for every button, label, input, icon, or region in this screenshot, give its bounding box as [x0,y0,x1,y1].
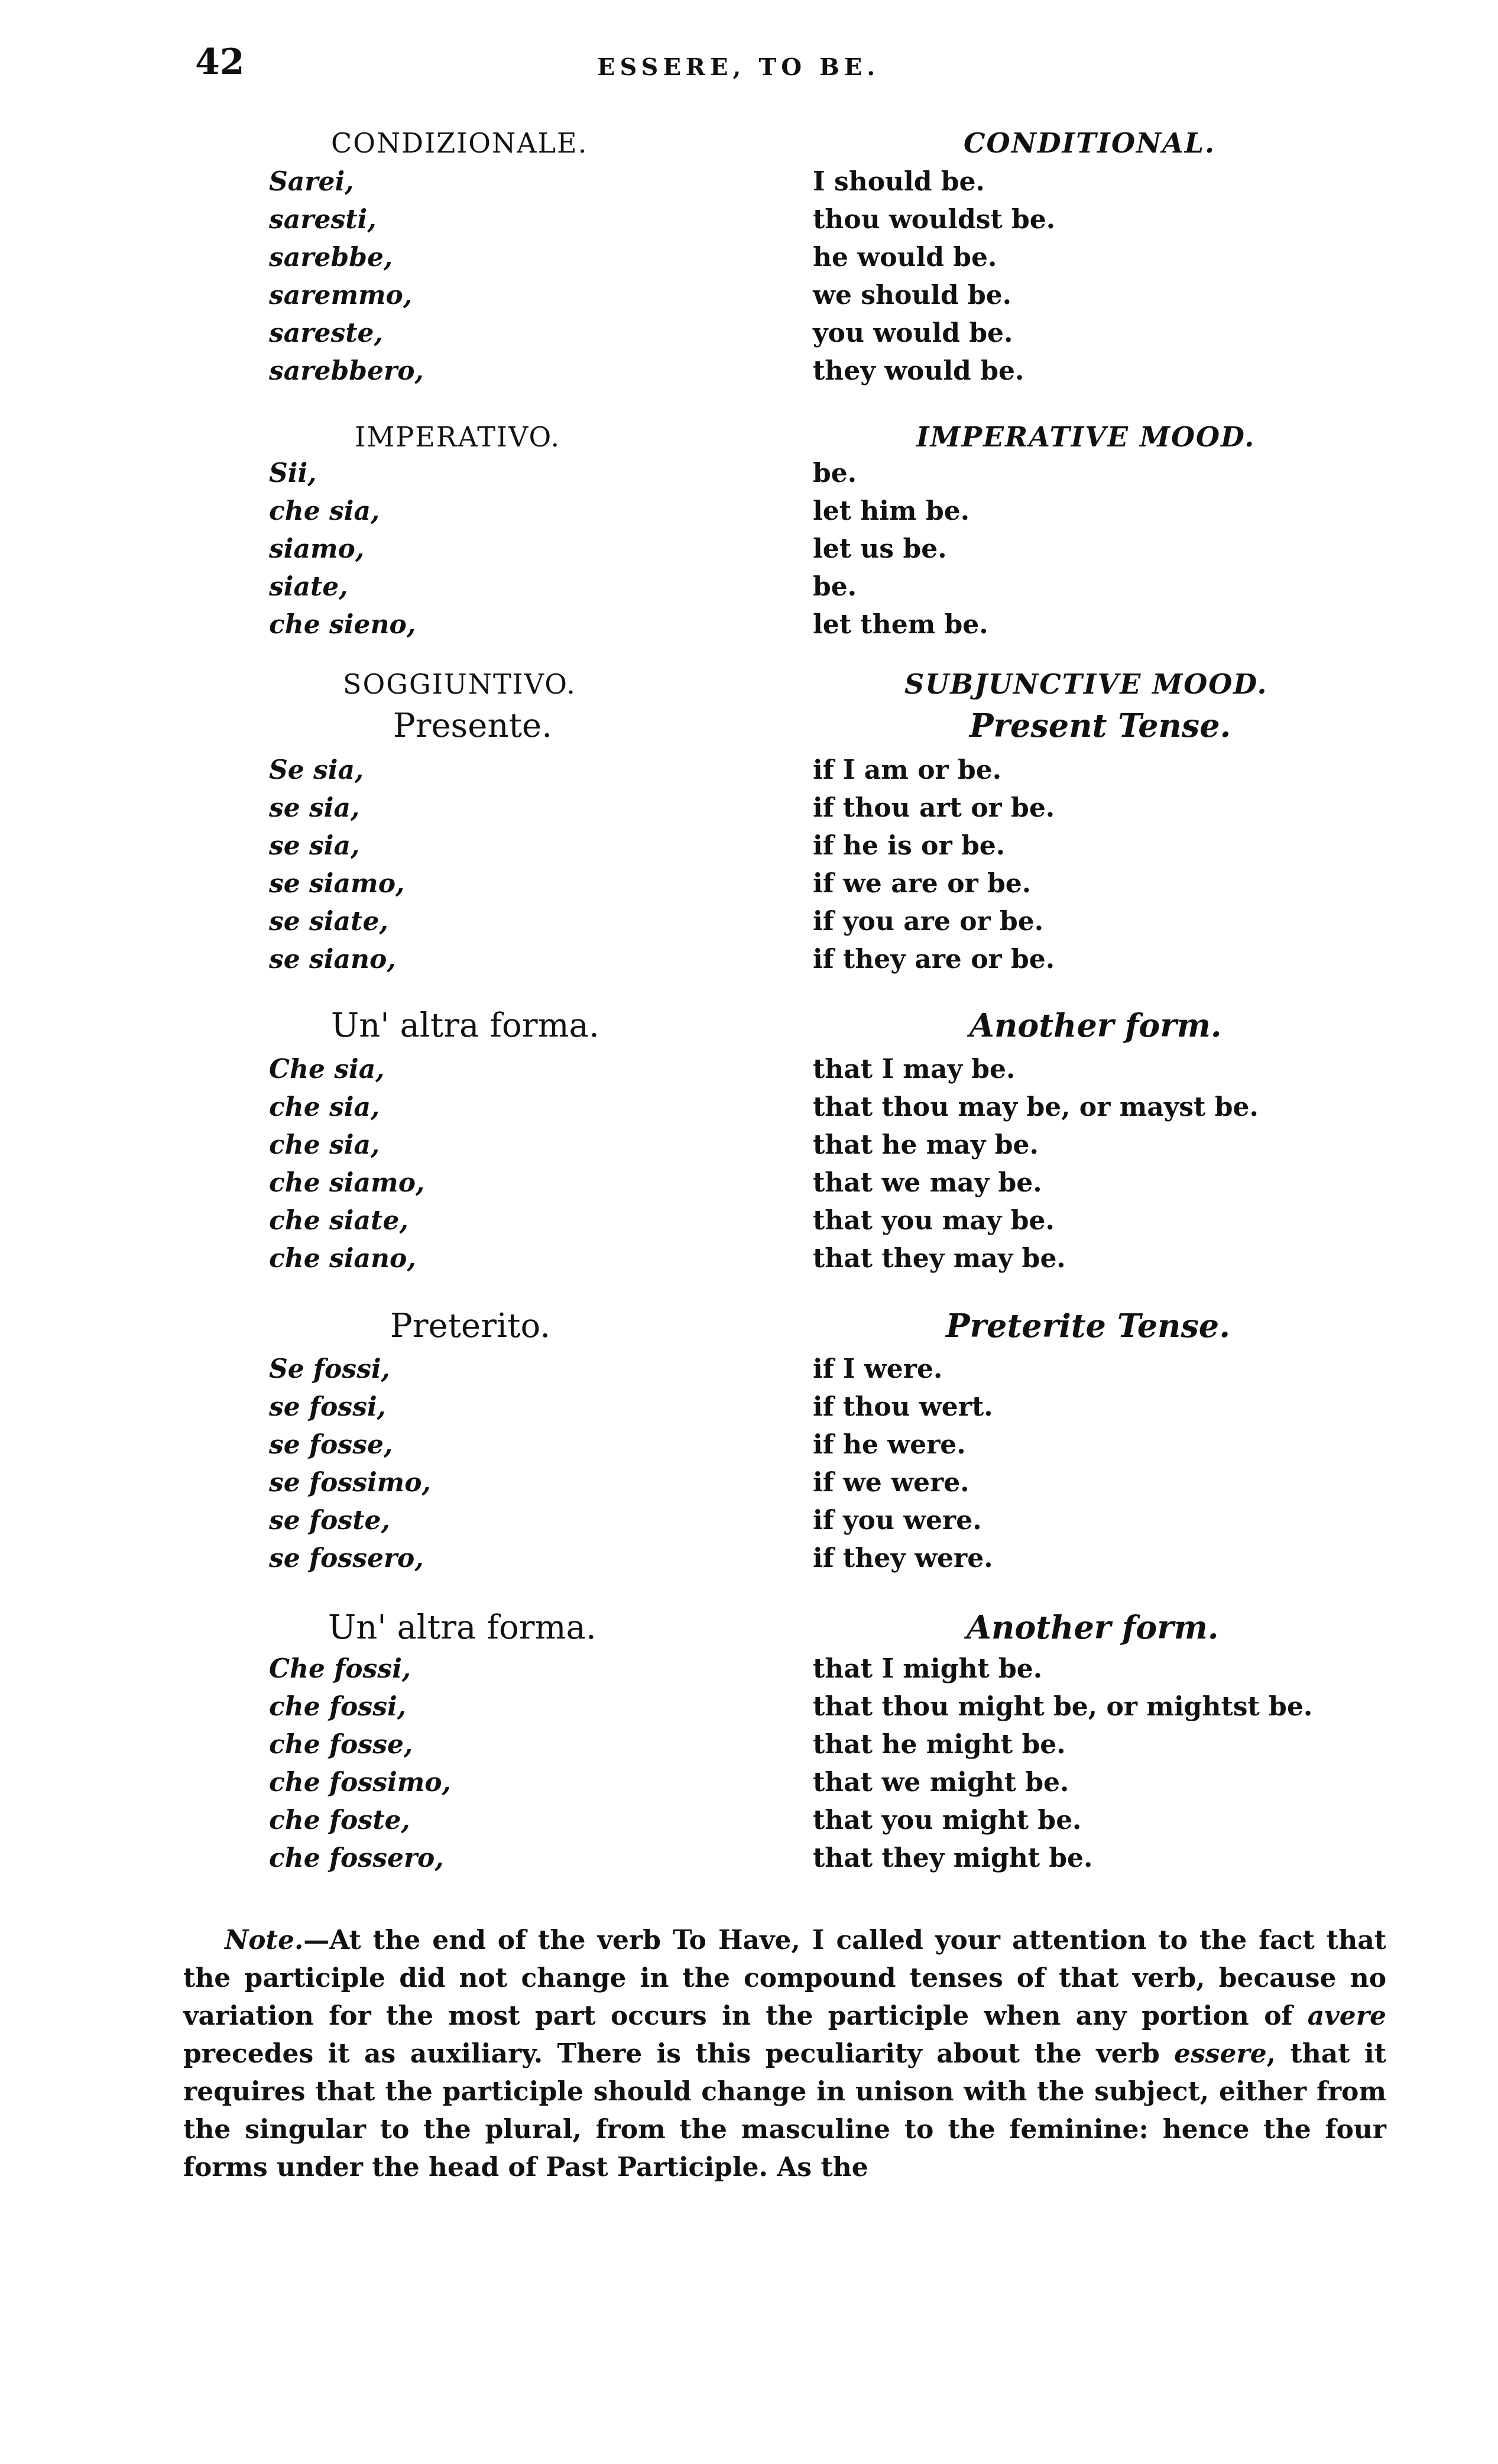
english-form: that we may be. [813,1168,1042,1198]
english-form: he would be. [813,242,997,273]
english-form: that you may be. [813,1206,1055,1236]
english-form: that we might be. [813,1767,1069,1798]
italian-form: Sarei, [269,167,354,197]
english-form: if they are or be. [813,944,1055,974]
italian-form: Che sia, [269,1054,385,1084]
english-form: that you might be. [813,1805,1081,1835]
english-form: let them be. [813,610,988,640]
italian-form: Che fossi, [269,1654,411,1684]
italian-form: sarebbe, [269,242,393,273]
italian-form: Se sia, [269,755,364,785]
english-form: I should be. [813,167,985,197]
italian-form: se foste, [269,1505,390,1536]
english-form: that they may be. [813,1244,1066,1274]
italian-form: sarebbero, [269,356,424,386]
italian-form: se siamo, [269,869,404,899]
english-form: if we were. [813,1468,970,1498]
italian-form: saremmo, [269,280,412,310]
note-paragraph: Note.—At the end of the verb To Have, I … [183,1922,1386,2187]
tense-heading-english: Another form. [967,1608,1219,1646]
tense-heading-english: Preterite Tense. [946,1307,1230,1345]
italian-form: che sieno, [269,610,416,640]
english-form: if you were. [813,1505,982,1536]
italian-form: siamo, [269,534,364,564]
section-heading-italian: SOGGIUNTIVO. [343,668,576,700]
english-form: if thou art or be. [813,793,1055,823]
italian-form: saresti, [269,205,377,235]
section-heading-english: CONDITIONAL. [964,127,1215,159]
italian-form: che fossi, [269,1692,406,1722]
english-form: they would be. [813,356,1024,386]
english-form: that thou might be, or mightst be. [813,1692,1312,1722]
tense-heading-italian: Un' altra forma. [331,1006,599,1045]
english-form: be. [813,458,857,488]
english-form: if he were. [813,1430,966,1460]
page-number: 42 [195,41,245,83]
italian-form: se fosse, [269,1430,393,1460]
italian-form: che siate, [269,1206,408,1236]
english-form: if you are or be. [813,906,1043,937]
note-label: Note. [225,1925,303,1955]
english-form: that I may be. [813,1054,1015,1084]
italian-form: Se fossi, [269,1354,390,1384]
italian-form: se fossi, [269,1392,386,1422]
italian-form: che siano, [269,1244,416,1274]
italian-form: che siamo, [269,1168,424,1198]
english-form: that thou may be, or mayst be. [813,1092,1259,1122]
english-form: we should be. [813,280,1011,310]
english-form: that they might be. [813,1843,1092,1873]
english-form: if we are or be. [813,869,1031,899]
english-form: if thou wert. [813,1392,993,1422]
section-heading-italian: IMPERATIVO. [355,421,560,453]
english-form: if he is or be. [813,831,1005,861]
english-form: you would be. [813,318,1013,348]
italian-form: sareste, [269,318,383,348]
section-heading-english: SUBJUNCTIVE MOOD. [904,668,1268,700]
english-form: let him be. [813,496,970,526]
italian-form: se siano, [269,944,396,974]
italian-form: che fossero, [269,1843,444,1873]
italian-form: che sia, [269,496,380,526]
english-form: that I might be. [813,1654,1042,1684]
italian-form: se sia, [269,793,359,823]
italian-form: se sia, [269,831,359,861]
italian-form: se siate, [269,906,388,937]
section-heading-english: IMPERATIVE MOOD. [916,421,1255,453]
section-heading-italian: CONDIZIONALE. [331,127,588,159]
english-form: if I were. [813,1354,942,1384]
english-form: if they were. [813,1543,993,1573]
italian-form: siate, [269,572,348,602]
tense-heading-italian: Un' altra forma. [328,1608,596,1647]
italian-form: che sia, [269,1130,380,1160]
italian-form: se fossimo, [269,1468,431,1498]
english-form: that he may be. [813,1130,1039,1160]
english-form: be. [813,572,857,602]
tense-heading-italian: Preterito. [390,1307,550,1345]
tense-heading-english: Present Tense. [970,707,1231,744]
english-form: that he might be. [813,1730,1066,1760]
english-form: if I am or be. [813,755,1001,785]
italian-form: che sia, [269,1092,380,1122]
italian-form: che fosse, [269,1730,413,1760]
italian-form: che foste, [269,1805,410,1835]
english-form: let us be. [813,534,947,564]
tense-heading-english: Another form. [970,1006,1222,1044]
italian-form: se fossero, [269,1543,424,1573]
tense-heading-italian: Presente. [393,707,552,745]
italian-form: che fossimo, [269,1767,451,1798]
italian-form: Sii, [269,458,317,488]
running-head: ESSERE, TO BE. [597,53,880,81]
english-form: thou wouldst be. [813,205,1055,235]
